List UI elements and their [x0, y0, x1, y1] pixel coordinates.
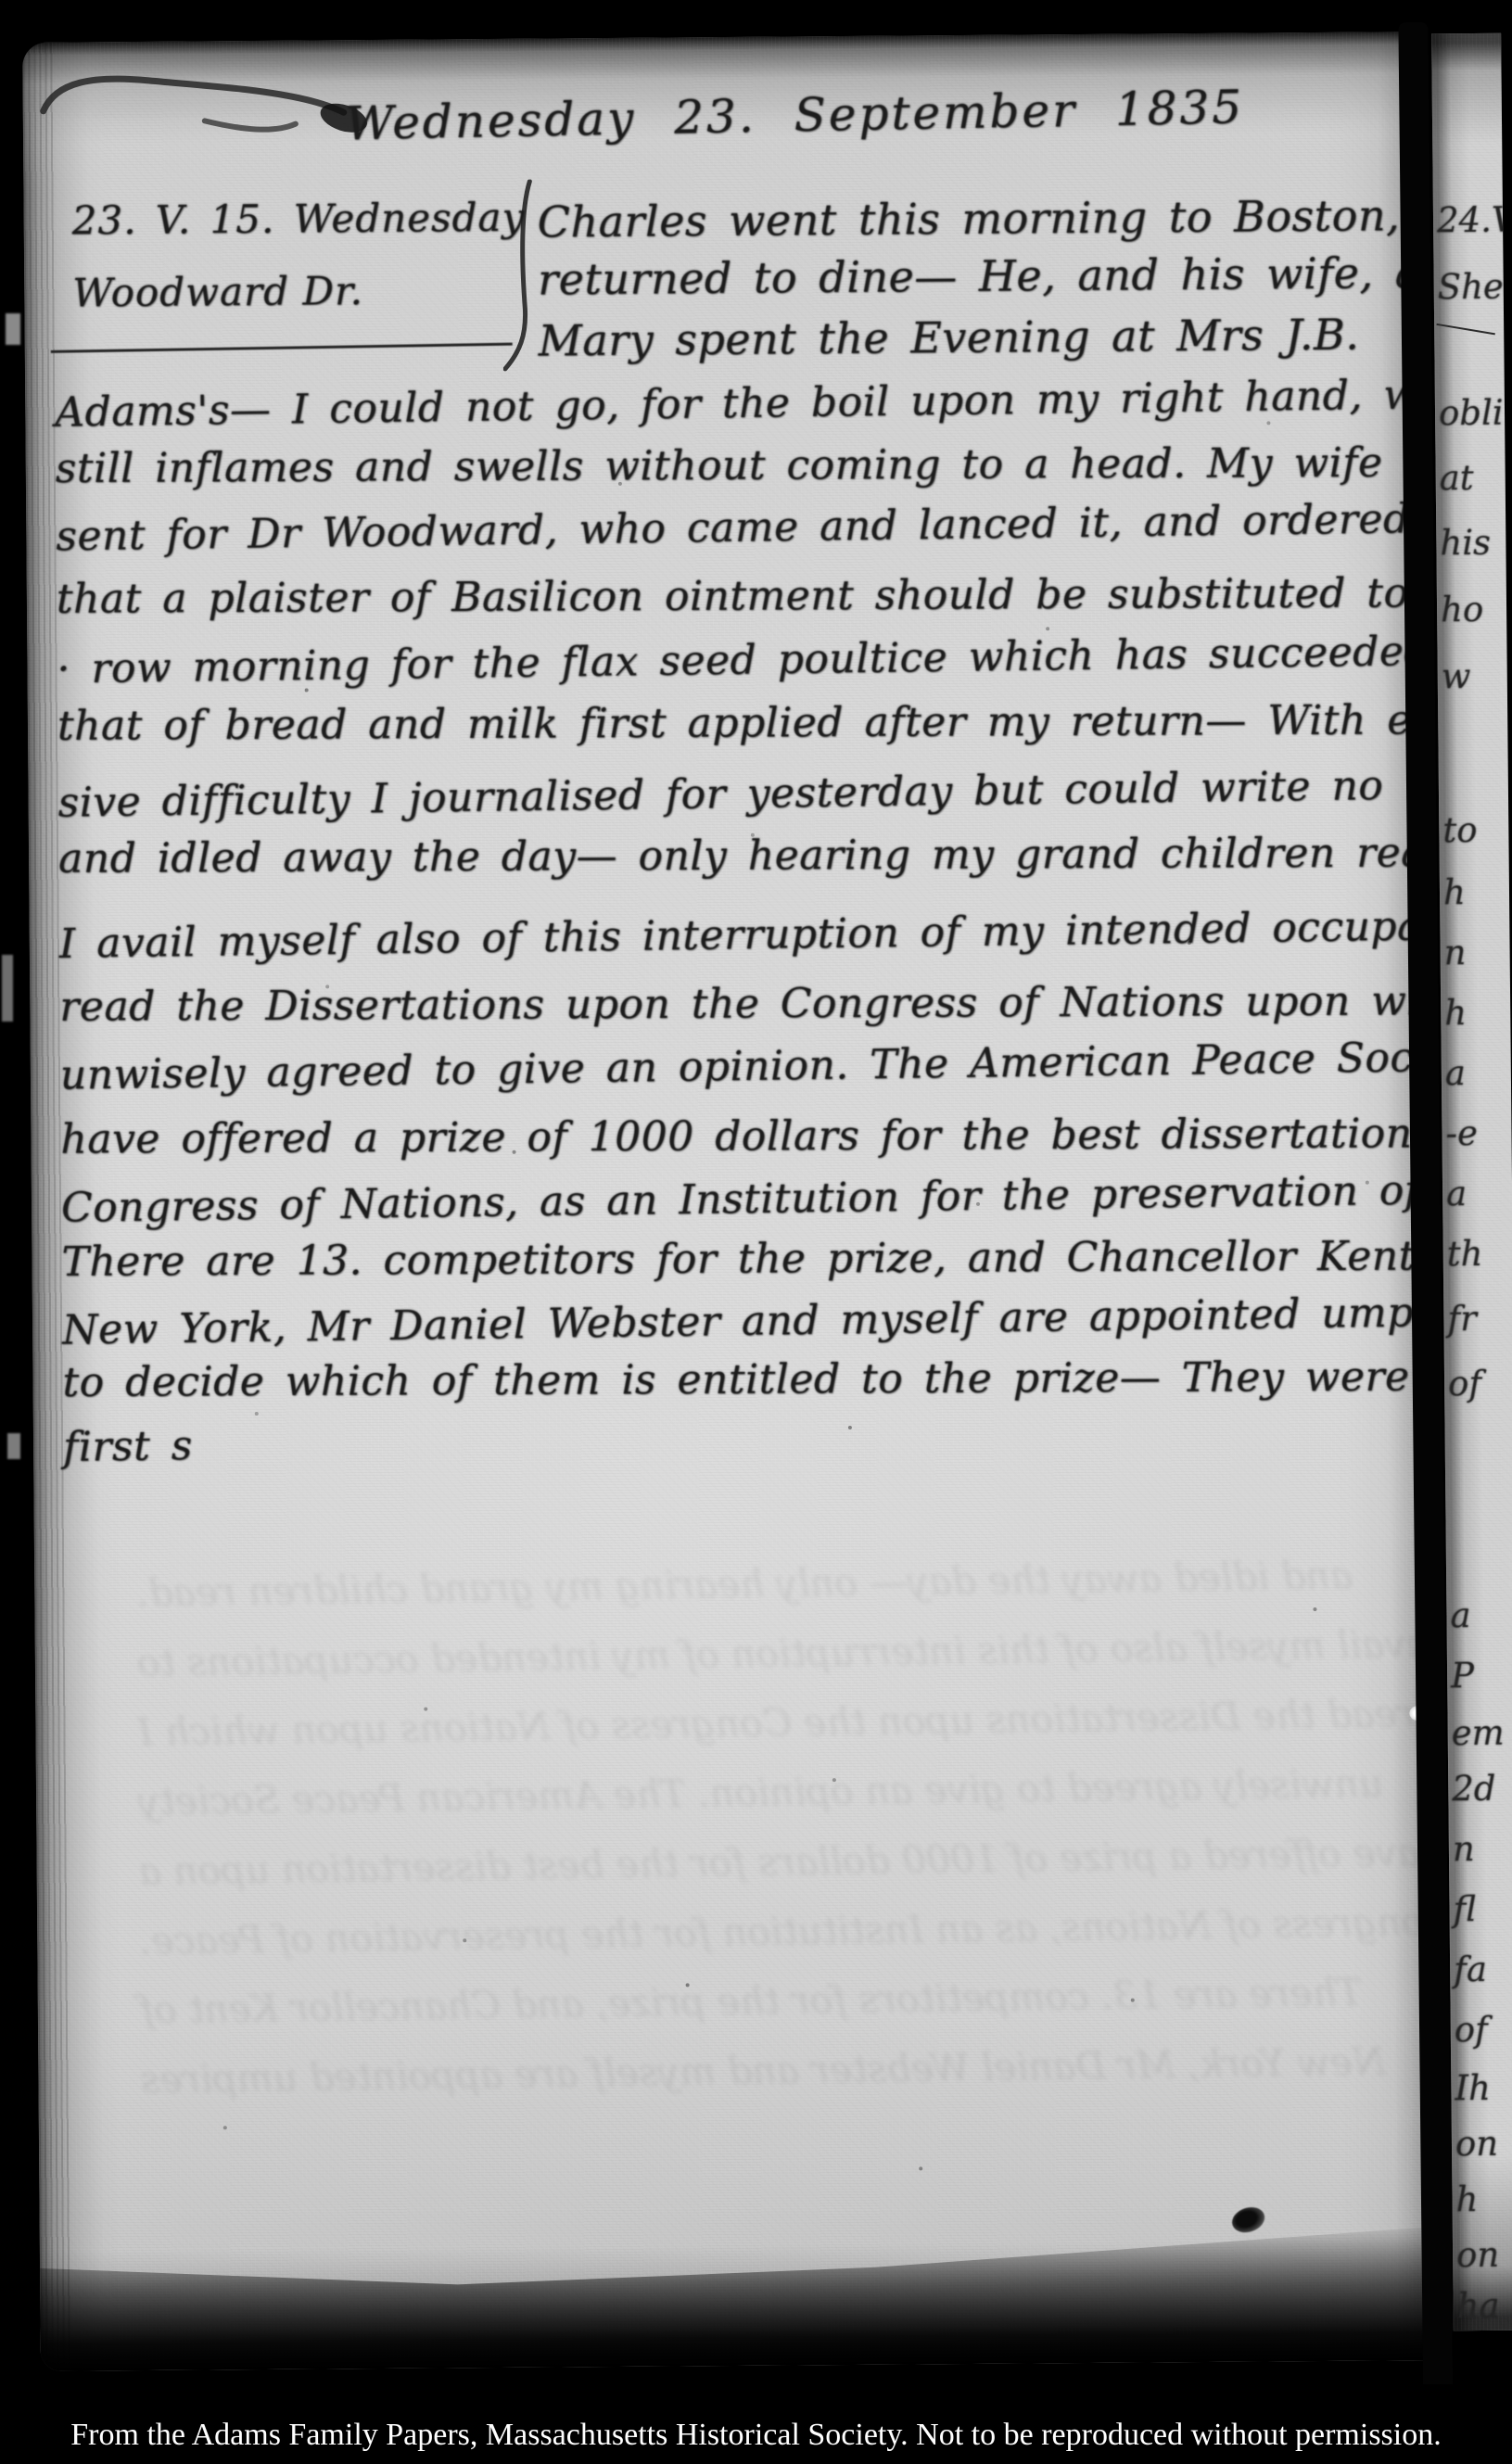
manuscript-line: have offered a prize of 1000 dollars for…: [60, 1110, 1432, 1163]
facing-page-fragment: 24.V: [1437, 200, 1512, 241]
bleedthrough-line: I avail myself also of this interruption…: [137, 1621, 1433, 1685]
facing-page-fragment: a: [1445, 1053, 1466, 1093]
bleedthrough-line: have offered a prize of 1000 dollars for…: [138, 1830, 1433, 1894]
facing-page-fragment: at: [1440, 458, 1474, 498]
facing-page-fragment: of: [1455, 2010, 1488, 2050]
manuscript-line: first s: [63, 1422, 193, 1471]
margin-note-underline: [51, 343, 513, 353]
facing-page-fragment: ha: [1456, 2286, 1499, 2326]
facing-page-fragment: n: [1453, 1829, 1475, 1869]
scan-edge-mark: [2, 955, 13, 1022]
facing-page-fragment: ho: [1441, 590, 1484, 629]
page-bottom-shadow: [40, 2221, 1433, 2371]
manuscript-line: and idled away the day— only hearing my …: [58, 829, 1433, 883]
facing-page-fragment: to: [1442, 810, 1478, 850]
scan-edge-mark: [7, 1433, 20, 1459]
manuscript-line: Charles went this morning to Boston, and: [537, 189, 1432, 247]
facing-page-fragment: on: [1456, 2235, 1500, 2275]
facing-page-underline: [1436, 324, 1494, 335]
margin-note-line2: Woodward Dr.: [72, 268, 363, 315]
entry-date-heading: Wednesday 23. September 1835: [345, 81, 1244, 151]
facing-page-fragment: h: [1444, 993, 1467, 1033]
manuscript-line: sent for Dr Woodward, who came and lance…: [56, 495, 1410, 560]
facing-page-fragment: on: [1455, 2124, 1499, 2164]
manuscript-line: that of bread and milk first applied aft…: [57, 696, 1433, 750]
facing-page-fragment: 2d: [1452, 1769, 1496, 1809]
manuscript-line: · row morning for the flax seed poultice…: [57, 628, 1430, 692]
ink-blot: [1228, 2204, 1267, 2237]
manuscript-line: still inflames and swells without coming…: [56, 439, 1383, 492]
facing-page-fragment: of: [1448, 1364, 1481, 1403]
manuscript-line: that a plaister of Basilicon ointment sh…: [57, 569, 1433, 623]
facing-page-fragment: th: [1447, 1234, 1483, 1274]
manuscript-line: unwisely agreed to give an opinion. The …: [60, 1033, 1433, 1099]
facing-page-fragment: h: [1455, 2179, 1478, 2219]
facing-page-fragment: fa: [1454, 1950, 1487, 1989]
facing-page-fragment: Shea: [1438, 266, 1512, 307]
bleedthrough-line: and idled away the day— only hearing my …: [136, 1553, 1353, 1615]
facing-page-fragment: -e: [1445, 1113, 1478, 1153]
facing-page-fragment: a: [1446, 1174, 1467, 1213]
facing-page-fragment: P: [1451, 1656, 1474, 1696]
bleedthrough-line: There are 13. competitors for the prize,…: [139, 1970, 1362, 2033]
facing-page-fragment: fr: [1447, 1299, 1477, 1339]
facing-page-fragment: h: [1443, 872, 1466, 912]
facing-page-fragment: a: [1450, 1595, 1470, 1635]
margin-note-line1: 23. V. 15. Wednesday: [71, 195, 525, 244]
scan-edge-mark: [6, 313, 20, 345]
top-edge-ink-scrawl: [37, 51, 390, 156]
manuscript-line: Mary spent the Evening at Mrs J.B.: [538, 310, 1359, 366]
manuscript-line: New York, Mr Daniel Webster and myself a…: [62, 1288, 1433, 1353]
bleedthrough-line: unwisely agreed to give an opinion. The …: [138, 1761, 1384, 1824]
facing-page-fragment: em: [1452, 1713, 1505, 1754]
facing-page-fragment: n: [1443, 933, 1466, 972]
manuscript-line: read the Dissertations upon the Congress…: [59, 977, 1433, 1031]
manuscript-line: sive difficulty I journalised for yester…: [57, 760, 1433, 827]
scanned-diary-page: Wednesday 23. September 1835 23. V. 15. …: [0, 0, 1512, 2464]
manuscript-line: I avail myself also of this interruption…: [58, 900, 1432, 968]
bleedthrough-line: read the Dissertations upon the Congress…: [137, 1691, 1416, 1754]
archive-credit-line: From the Adams Family Papers, Massachuse…: [0, 2418, 1512, 2453]
paper-specks: [22, 43, 24, 44]
facing-page-fragment: w: [1442, 656, 1471, 696]
manuscript-page: Wednesday 23. September 1835 23. V. 15. …: [22, 32, 1433, 2371]
bleedthrough-line: New York, Mr Daniel Webster and myself a…: [140, 2039, 1386, 2102]
manuscript-line: There are 13. competitors for the prize,…: [61, 1232, 1432, 1286]
manuscript-line: returned to dine— He, and his wife, and: [538, 248, 1433, 305]
manuscript-line: Adams's— I could not go, for the boil up…: [55, 370, 1433, 437]
bleedthrough-line: Congress of Nations, as an Institution f…: [139, 1899, 1433, 1963]
facing-page-fragment: Ih: [1455, 2068, 1491, 2108]
manuscript-line: to decide which of them is entitled to t…: [62, 1353, 1409, 1406]
facing-page-fragment: his: [1440, 523, 1491, 564]
manuscript-line: Congress of Nations, as an Institution f…: [61, 1165, 1433, 1232]
facing-page-fragment: obli: [1439, 393, 1504, 434]
facing-page-fragment: fl: [1453, 1889, 1476, 1929]
